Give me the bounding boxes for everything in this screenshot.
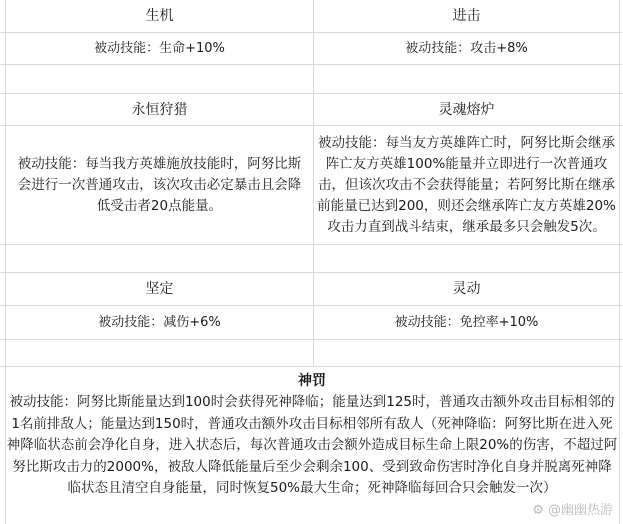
skill-title-yongheng-shoulie: 永恒狩猎 xyxy=(6,94,313,125)
special-skill-desc: 被动技能：阿努比斯能量达到100时会获得死神降临；能量达到125时，普通攻击额外… xyxy=(6,392,618,500)
skill-title-jianding: 坚定 xyxy=(6,273,313,305)
skill-desc-shengji: 被动技能：生命+10% xyxy=(6,33,313,64)
skill-desc-yongheng-shoulie: 被动技能：每当我方英雄施放技能时，阿努比斯会进行一次普通攻击，该次攻击必定暴击且… xyxy=(6,126,313,244)
skill-desc-lingdong: 被动技能：免控率+10% xyxy=(314,306,619,339)
grid-line xyxy=(0,244,623,245)
skill-desc-jianding: 被动技能：减伤+6% xyxy=(6,306,313,339)
skill-desc-linghun-ronglu: 被动技能：每当友方英雄阵亡时，阿努比斯会继承阵亡友方英雄100%能量并立即进行一… xyxy=(314,126,619,244)
skill-title-lingdong: 灵动 xyxy=(314,273,619,305)
grid-line xyxy=(0,366,623,367)
grid-line xyxy=(0,64,623,65)
grid-line xyxy=(0,339,623,340)
watermark: ⚙ @幽幽热游 xyxy=(530,499,615,518)
skill-title-linghun-ronglu: 灵魂熔炉 xyxy=(314,94,619,125)
skill-desc-jinji: 被动技能：攻击+8% xyxy=(314,33,619,64)
special-skill-title: 神罚 xyxy=(6,370,618,392)
skill-title-jinji: 进击 xyxy=(314,0,619,32)
special-skill-block: 神罚 被动技能：阿努比斯能量达到100时会获得死神降临；能量达到125时，普通攻… xyxy=(6,370,618,500)
skill-title-shengji: 生机 xyxy=(6,0,313,32)
grid-line-right xyxy=(619,0,620,524)
